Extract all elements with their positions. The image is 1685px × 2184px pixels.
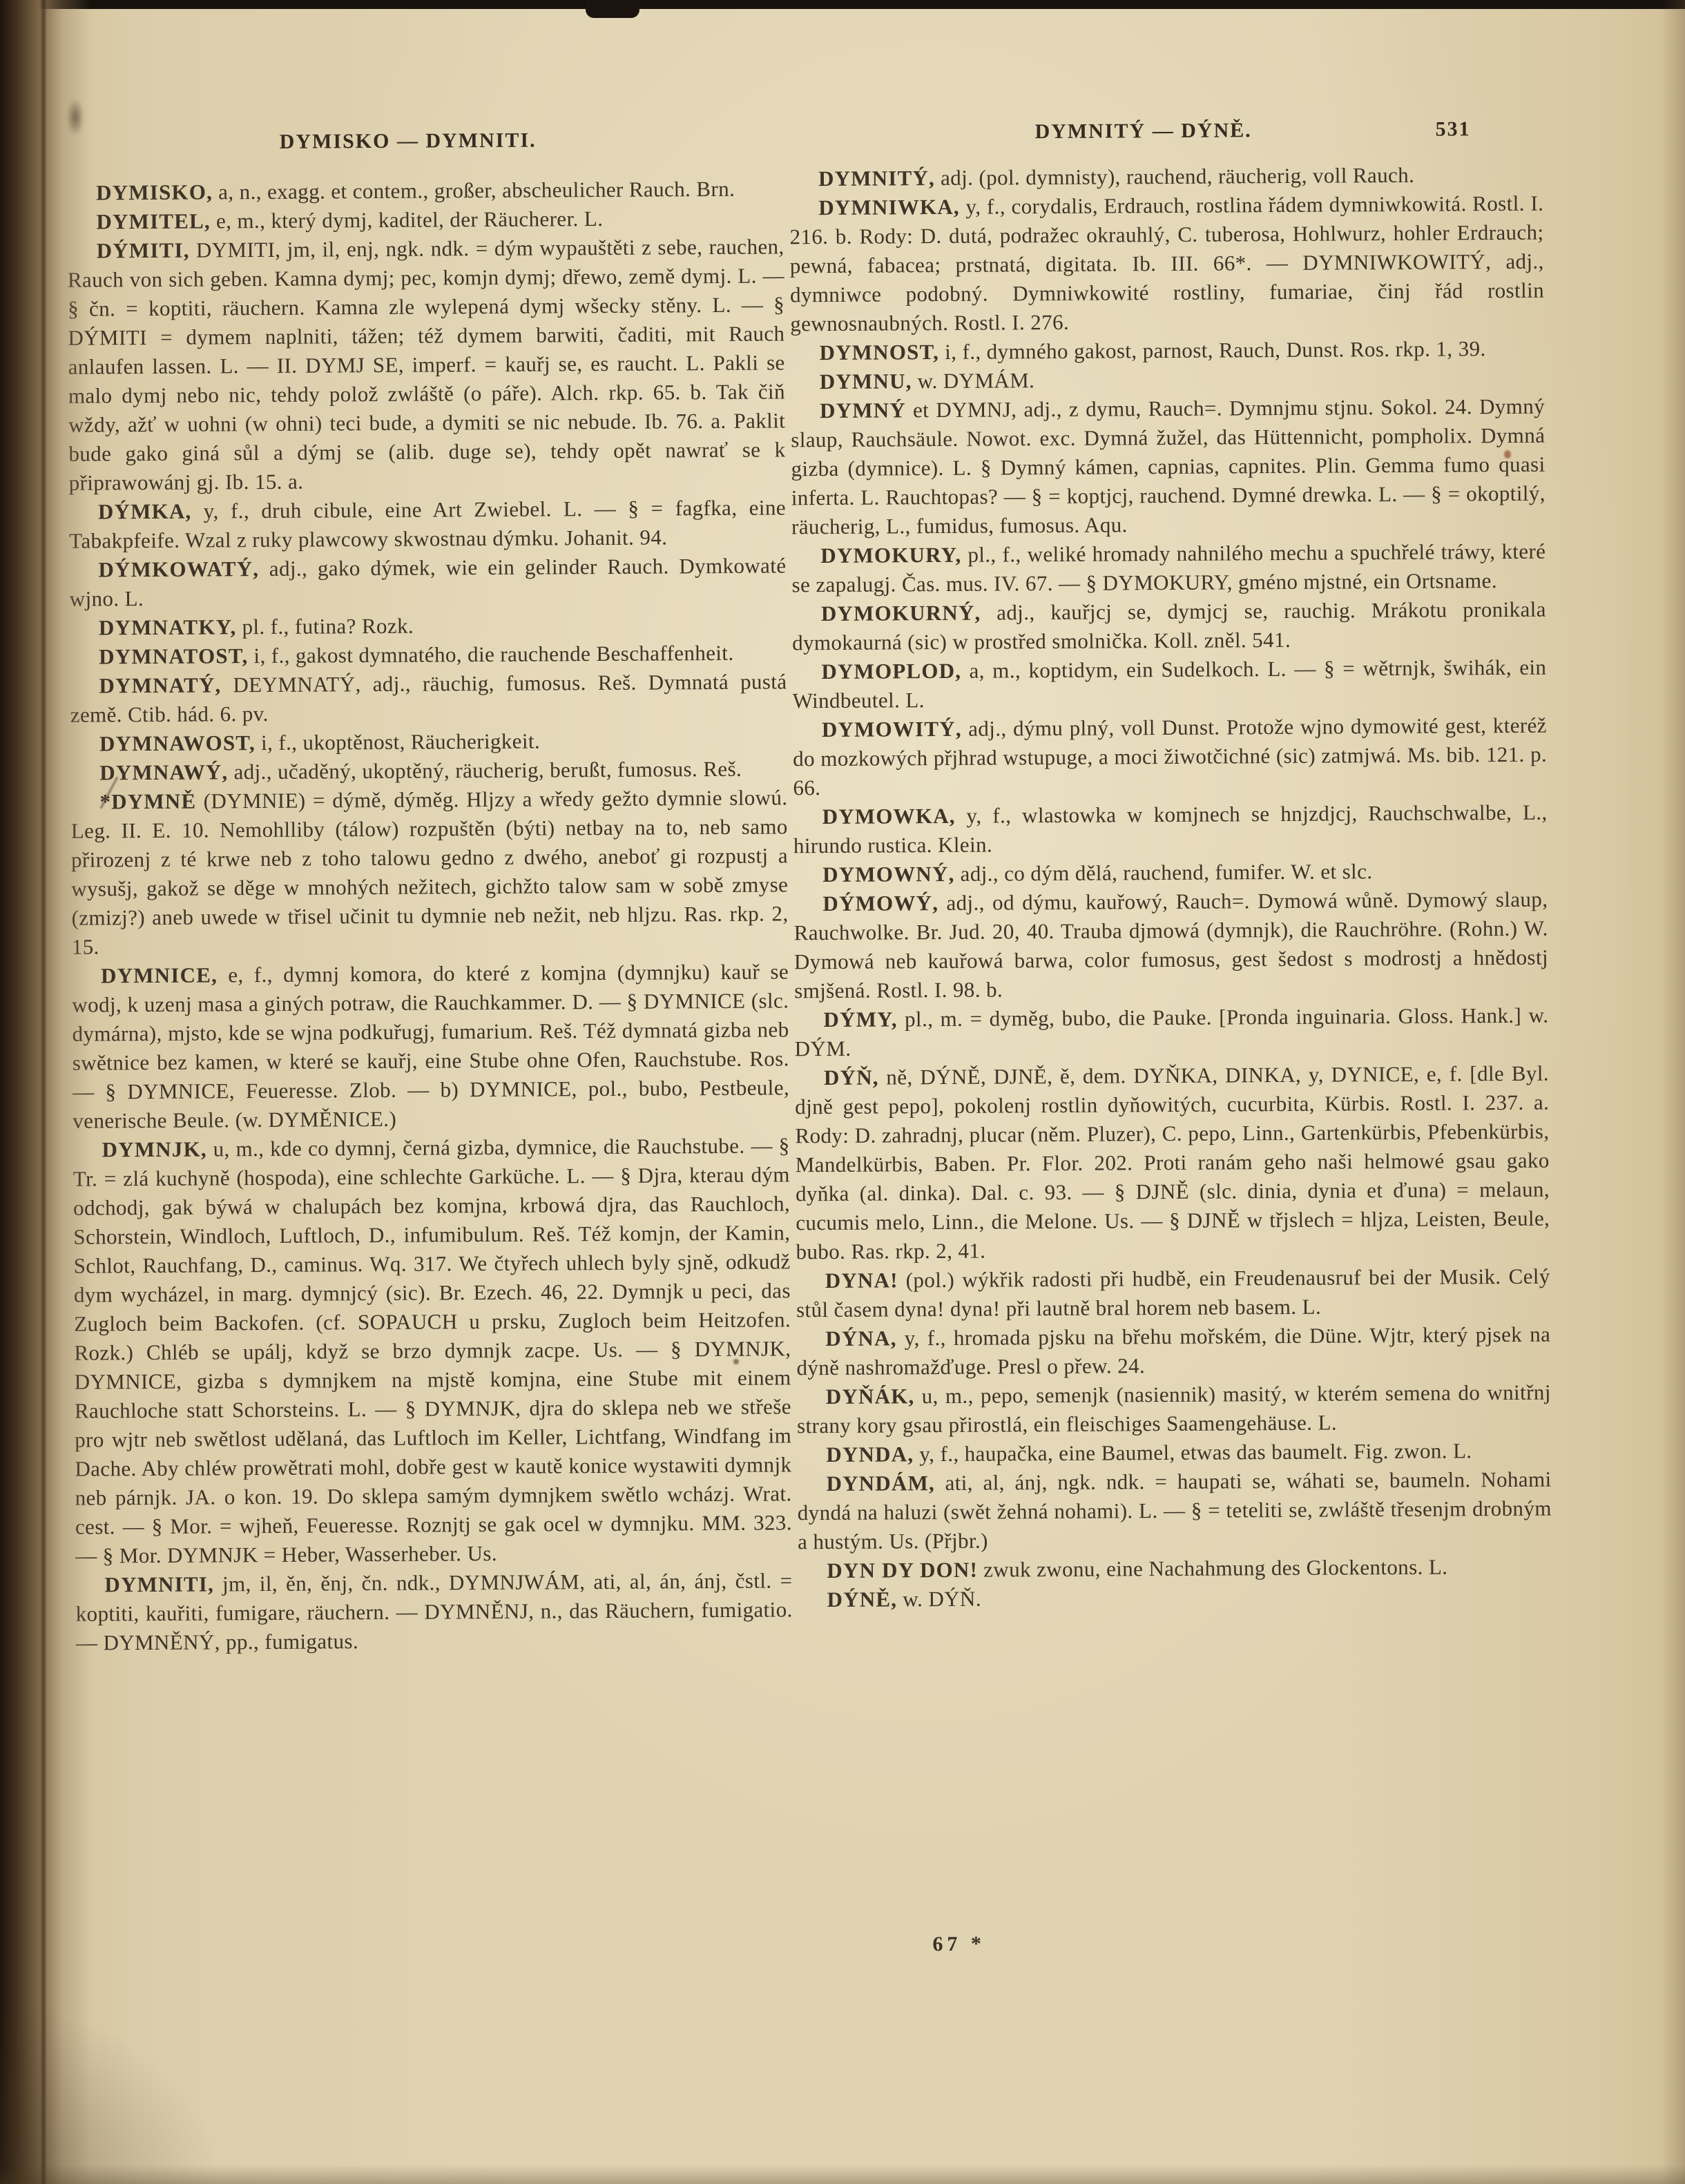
column-left: DYMISKO, a, n., exagg. et contem., große…: [67, 174, 793, 1657]
column-right: DYMNITÝ, adj. (pol. dymnisty), rauchend,…: [789, 160, 1552, 1615]
entry-headword: DYMNICE,: [101, 963, 218, 987]
entry-headword: DYMNATKY,: [99, 615, 237, 639]
page-number: 531: [1436, 117, 1471, 141]
page-edge-line: [40, 0, 47, 2184]
entry-headword: DYMOPLOD,: [821, 659, 961, 684]
dictionary-entry: DÝNĚ, w. DÝŇ.: [798, 1581, 1552, 1615]
entry-headword: DÝMITI,: [97, 238, 190, 263]
dictionary-entry: DYMNAWÝ, adj., učaděný, ukoptěný, räuche…: [70, 754, 787, 787]
dictionary-entry: DYMNAWOST, i, f., ukoptěnost, Räucherigk…: [70, 725, 787, 758]
dictionary-entry: DYMNITÝ, adj. (pol. dymnisty), rauchend,…: [789, 160, 1543, 194]
entry-headword: DYMNAWÝ,: [99, 760, 228, 784]
dictionary-entry: DÝŇ, ně, DÝNĚ, DJNĚ, ě, dem. DYŇKA, DINK…: [795, 1059, 1550, 1267]
dictionary-entry: DYN DY DON! zwuk zwonu, eine Nachahmung …: [798, 1552, 1552, 1586]
dictionary-entry: DÝMKA, y, f., druh cibule, eine Art Zwie…: [69, 493, 786, 555]
entry-headword: DYMNAWOST,: [99, 731, 256, 755]
ink-smudge: [66, 98, 84, 137]
dictionary-entry: DYMNITI, jm, il, ěn, ěnj, čn. ndk., DYMN…: [75, 1566, 793, 1657]
entry-headword: DYMOWNÝ,: [822, 862, 954, 887]
dictionary-entry: DÝMY, pl., m. = dyměg, bubo, die Pauke. …: [794, 1001, 1548, 1064]
entry-headword: DYN DY DON!: [827, 1558, 978, 1583]
dictionary-entry: DYMOPLOD, a, m., koptidym, ein Sudelkoch…: [792, 653, 1546, 716]
dictionary-entry: DYMOKURY, pl., f., weliké hromady nahnil…: [791, 537, 1546, 600]
dictionary-entry: DYMNATÝ, DEYMNATÝ, adj., räuchig, fumosu…: [70, 667, 787, 729]
entry-headword: DYMOKURNÝ,: [821, 601, 981, 626]
entry-headword: DYMITEL,: [96, 209, 211, 233]
scan-top-blemish: [586, 0, 639, 18]
scan-right-edge: [1662, 0, 1685, 2184]
dictionary-entry: DYNDA, y, f., haupačka, eine Baumel, etw…: [797, 1436, 1551, 1470]
entry-headword: DYMISKO,: [96, 180, 213, 204]
entry-headword: DÝNA,: [825, 1326, 897, 1351]
entry-headword: DYMOWKA,: [822, 804, 956, 829]
dictionary-entry: DYMOWNÝ, adj., co dým dělá, rauchend, fu…: [793, 856, 1548, 890]
dictionary-entry: DYMNU, w. DYMÁM.: [791, 363, 1545, 397]
dictionary-entry: DYMOWKA, y, f., wlastowka w komjnech se …: [793, 798, 1548, 861]
entry-headword: DYMNIWKA,: [818, 195, 960, 220]
dictionary-entry: DYMOKURNÝ, adj., kauřjcj se, dymjcj se, …: [792, 595, 1546, 658]
entry-headword: DYMNATOST,: [99, 644, 248, 668]
dictionary-entry: DÝMKOWATÝ, adj., gako dýmek, wie ein gel…: [69, 551, 786, 613]
entry-headword: DÝŇ,: [824, 1065, 879, 1090]
dictionary-entry: DYMNÝ et DYMNJ, adj., z dymu, Rauch=. Dy…: [791, 392, 1546, 542]
entry-headword: DYMNITI,: [104, 1572, 214, 1596]
entry-headword: DYMOKURY,: [820, 543, 961, 568]
entry-headword: DYNDA,: [826, 1442, 914, 1467]
dictionary-entry: DYMNIWKA, y, f., corydalis, Erdrauch, ro…: [789, 189, 1544, 339]
entry-headword: DÝNĚ,: [827, 1587, 897, 1612]
entry-headword: DYMNU,: [820, 369, 912, 394]
signature-mark: 67 *: [883, 1932, 1035, 1956]
entry-headword: DYNA!: [825, 1268, 898, 1293]
entry-headword: DÝMOWÝ,: [822, 891, 938, 916]
entry-headword: *DYMNĚ: [99, 789, 196, 814]
dictionary-entry: DYMNATOST, i, f., gakost dymnatého, die …: [70, 638, 787, 671]
entry-headword: DYMNÝ: [820, 398, 906, 423]
entry-headword: DYMOWITÝ,: [822, 717, 962, 742]
paper-speck: [1504, 450, 1511, 458]
dictionary-entry: DYMOWITÝ, adj., dýmu plný, voll Dunst. P…: [793, 711, 1548, 803]
running-header-left: DYMISKO — DYMNITI.: [263, 128, 553, 154]
scan-top-edge: [0, 0, 1685, 9]
entry-headword: DYMNATÝ,: [99, 673, 221, 697]
entry-headword: DYŇÁK,: [826, 1384, 915, 1409]
entry-headword: DYMNJK,: [102, 1137, 206, 1162]
entry-headword: DÝMY,: [823, 1007, 898, 1032]
book-page: DYMISKO — DYMNITI. DYMNITÝ — DÝNĚ. 531 D…: [0, 0, 1685, 2184]
entry-headword: DÝMKA,: [98, 499, 192, 524]
running-header-right: DYMNITÝ — DÝNĚ.: [1002, 119, 1285, 144]
dictionary-entry: DYNDÁM, ati, al, ánj, ngk. ndk. = haupat…: [797, 1465, 1552, 1557]
dictionary-entry: DÝMITI, DYMITI, jm, il, enj, ngk. ndk. =…: [68, 232, 786, 497]
entry-headword: DYMNOST,: [819, 340, 939, 365]
entry-headword: DYNDÁM,: [826, 1471, 935, 1496]
dictionary-entry: DYMISKO, a, n., exagg. et contem., große…: [67, 174, 784, 207]
dictionary-entry: *DYMNĚ (DYMNIE) = dýmě, dýměg. Hljzy a w…: [70, 783, 789, 961]
dictionary-entry: DYMNJK, u, m., kde co dymnj, černá gizba…: [73, 1131, 792, 1570]
dictionary-entry: DYMITEL, e, m., který dymj, kaditel, der…: [67, 203, 784, 236]
dictionary-entry: DYNA! (pol.) wýkřik radosti při hudbě, e…: [796, 1262, 1550, 1325]
entry-headword: DYMNITÝ,: [818, 166, 935, 191]
dictionary-entry: DYŇÁK, u, m., pepo, semenjk (nasiennik) …: [797, 1378, 1551, 1441]
corner-shadow: [0, 2004, 221, 2184]
dictionary-entry: DÝNA, y, f., hromada pjsku na břehu mořs…: [796, 1320, 1550, 1383]
page-content: DYMISKO — DYMNITI. DYMNITÝ — DÝNĚ. 531 D…: [0, 0, 1685, 2184]
dictionary-entry: DYMNOST, i, f., dymného gakost, parnost,…: [790, 334, 1544, 368]
entry-headword: DÝMKOWATÝ,: [98, 557, 259, 581]
paper-speck: [733, 1359, 739, 1364]
dictionary-entry: DYMNATKY, pl. f., futina? Rozk.: [70, 609, 787, 642]
dictionary-entry: DÝMOWÝ, adj., od dýmu, kauřowý, Rauch=. …: [793, 885, 1548, 1006]
dictionary-entry: DYMNICE, e, f., dymnj komora, do které z…: [72, 957, 790, 1135]
scan-bottom-edge: [0, 2165, 1685, 2184]
